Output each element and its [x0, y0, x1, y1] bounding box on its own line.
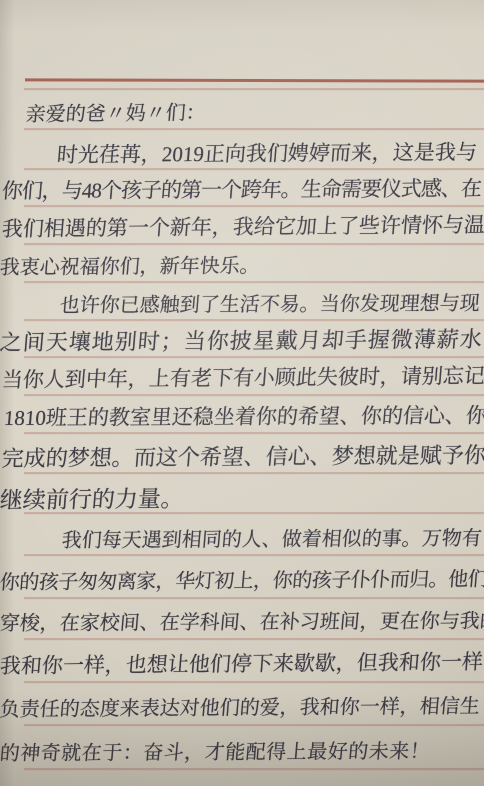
- handwritten-line: 继续前行的力量。: [0, 480, 184, 518]
- letter-photo: 亲爱的爸〃妈〃们： 时光荏苒，2019正向我们娉婷而来，这是我与 你们，与48个…: [0, 0, 484, 786]
- handwritten-line: 1810班王的教室里还稳坐着你的希望、你的信心、你: [4, 399, 484, 438]
- handwritten-line-salutation: 亲爱的爸〃妈〃们：: [26, 96, 206, 134]
- margin-header-line: [25, 78, 484, 82]
- handwritten-line: 我们每天遇到相同的人、做着相似的事。万物有: [62, 522, 482, 560]
- handwritten-line: 我和你一样，也想让他们停下来歇歇，但我和你一样: [0, 646, 483, 686]
- handwritten-line: 也许你已感触到了生活不易。当你发现理想与现: [60, 287, 480, 325]
- ruled-line: [24, 88, 484, 90]
- handwritten-line: 当你人到中年，上有老下有小顾此失彼时，请别忘记: [2, 360, 484, 400]
- handwritten-line: 负责任的态度来表达对他们的爱，我和你一样，相信生: [0, 690, 480, 729]
- handwritten-line: 你们，与48个孩子的第一个跨年。生命需要仪式感、在: [2, 172, 481, 211]
- handwritten-line: 穿梭，在家校间、在学科间、在补习班间，更在你与我的: [0, 604, 484, 643]
- handwritten-line: 我衷心祝福你们，新年快乐。: [0, 249, 260, 287]
- handwritten-line: 时光荏苒，2019正向我们娉婷而来，这是我与: [57, 136, 477, 175]
- handwritten-line: 的神奇就在于：奋斗，才能配得上最好的未来！: [0, 735, 431, 773]
- handwritten-line: 完成的梦想。而这个希望、信心、梦想就是赋予你: [2, 439, 484, 478]
- handwritten-line: 之间天壤地别时；当你披星戴月却手握微薄薪水: [0, 323, 483, 362]
- handwritten-line: 你的孩子匆匆离家，华灯初上，你的孩子仆仆而归。他们: [0, 563, 484, 602]
- handwritten-line: 我们相遇的第一个新年，我给它加上了些许情怀与温: [2, 209, 484, 249]
